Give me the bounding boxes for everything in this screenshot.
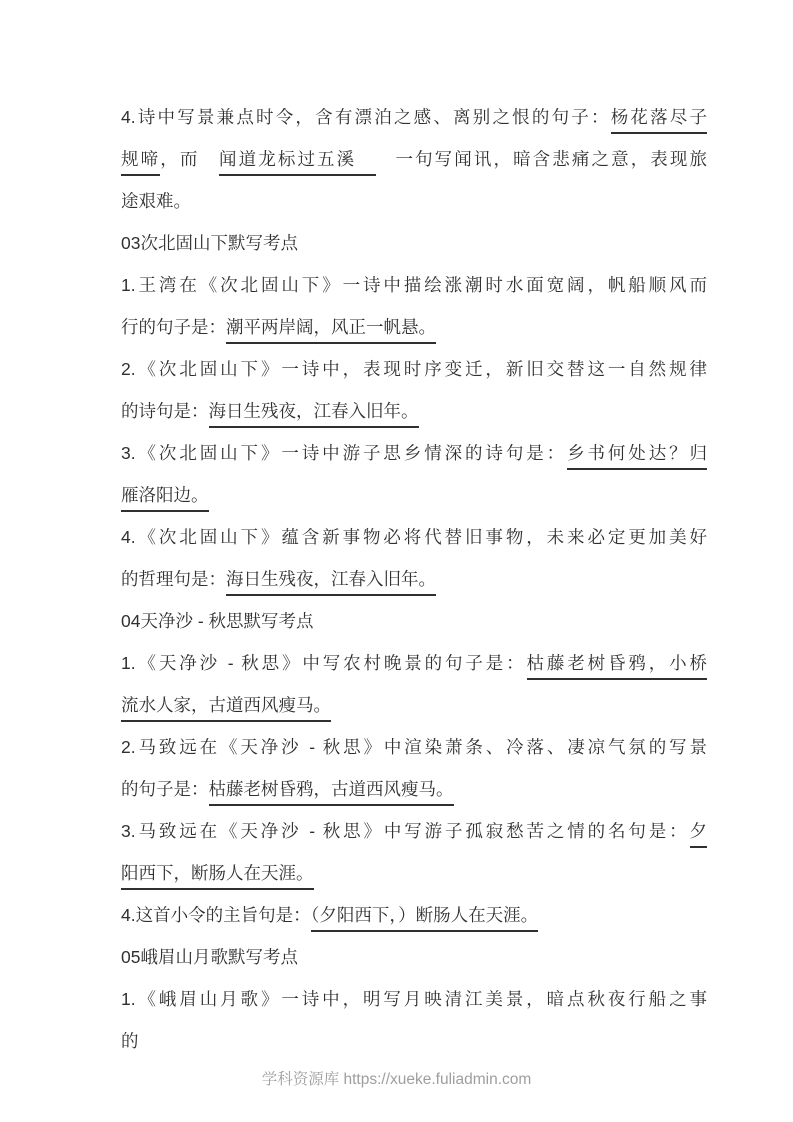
doc-line: 4.这首小令的主旨句是：（夕阳西下，）断肠人在天涯。 xyxy=(121,894,707,936)
page-footer: 学科资源库 https://xueke.fuliadmin.com xyxy=(0,1068,793,1092)
blank-answer: 闻道龙标过五溪 xyxy=(219,149,376,176)
text-segment: 1.《峨眉山月歌》一诗中，明写月映清江美景，暗点秋夜行船之事 xyxy=(121,989,707,1009)
blank-answer: 海日生残夜，江春入旧年。 xyxy=(209,401,419,428)
section-heading: 03次北固山下默写考点 xyxy=(121,222,707,264)
doc-line: 的诗句是：海日生残夜，江春入旧年。 xyxy=(121,390,707,432)
blank-answer: 枯藤老树昏鸦，小桥 xyxy=(527,653,708,680)
text-segment: 的哲理句是： xyxy=(121,569,226,589)
doc-line: 流水人家，古道西风瘦马。 xyxy=(121,684,707,726)
blank-answer: 夕 xyxy=(690,821,708,848)
text-segment: 的句子是： xyxy=(121,779,209,799)
blank-answer: （夕阳西下，）断肠人在天涯。 xyxy=(311,905,539,932)
doc-line: 2.马致远在《天净沙 - 秋思》中渲染萧条、冷落、凄凉气氛的写景 xyxy=(121,726,707,768)
blank-answer: 乡书何处达？归 xyxy=(567,443,707,470)
text-segment: 行的句子是： xyxy=(121,317,226,337)
section-heading: 04天净沙 - 秋思默写考点 xyxy=(121,600,707,642)
text-segment: 2.《次北固山下》一诗中，表现时序变迁，新旧交替这一自然规律 xyxy=(121,359,707,379)
blank-answer: 阳西下，断肠人在天涯。 xyxy=(121,863,314,890)
blank-answer: 雁洛阳边。 xyxy=(121,485,209,512)
doc-line: 3.《次北固山下》一诗中游子思乡情深的诗句是：乡书何处达？归 xyxy=(121,432,707,474)
text-segment: ，而 xyxy=(160,149,219,169)
doc-line: 阳西下，断肠人在天涯。 xyxy=(121,852,707,894)
doc-line: 3.马致远在《天净沙 - 秋思》中写游子孤寂愁苦之情的名句是：夕 xyxy=(121,810,707,852)
blank-answer: 杨花落尽子 xyxy=(611,107,707,134)
text-segment: 的 xyxy=(121,1031,139,1051)
doc-line: 1.《天净沙 - 秋思》中写农村晚景的句子是：枯藤老树昏鸦，小桥 xyxy=(121,642,707,684)
text-segment: 4.《次北固山下》蕴含新事物必将代替旧事物，未来必定更加美好 xyxy=(121,527,707,547)
blank-answer: 枯藤老树昏鸦，古道西风瘦马。 xyxy=(209,779,454,806)
text-segment: 3.马致远在《天净沙 - 秋思》中写游子孤寂愁苦之情的名句是： xyxy=(121,821,690,841)
blank-answer: 海日生残夜，江春入旧年。 xyxy=(226,569,436,596)
footer-watermark: 学科资源库 https://xueke.fuliadmin.com xyxy=(262,1071,532,1088)
doc-line: 1.王湾在《次北固山下》一诗中描绘涨潮时水面宽阔，帆船顺风而 xyxy=(121,264,707,306)
doc-line: 1.《峨眉山月歌》一诗中，明写月映清江美景，暗点秋夜行船之事 xyxy=(121,978,707,1020)
blank-answer: 流水人家，古道西风瘦马。 xyxy=(121,695,331,722)
text-segment: 1.《天净沙 - 秋思》中写农村晚景的句子是： xyxy=(121,653,527,673)
text-segment: 2.马致远在《天净沙 - 秋思》中渲染萧条、冷落、凄凉气氛的写景 xyxy=(121,737,707,757)
text-segment: 3.《次北固山下》一诗中游子思乡情深的诗句是： xyxy=(121,443,567,463)
text-segment: 途艰难。 xyxy=(121,191,191,211)
doc-line: 的句子是：枯藤老树昏鸦，古道西风瘦马。 xyxy=(121,768,707,810)
blank-answer: 潮平两岸阔，风正一帆悬。 xyxy=(226,317,436,344)
doc-line: 的哲理句是：海日生残夜，江春入旧年。 xyxy=(121,558,707,600)
blank-answer: 规啼 xyxy=(121,149,160,176)
text-segment: 4.这首小令的主旨句是： xyxy=(121,905,311,925)
doc-line: 规啼，而 闻道龙标过五溪 一句写闻讯，暗含悲痛之意，表现旅 xyxy=(121,138,707,180)
doc-line: 行的句子是：潮平两岸阔，风正一帆悬。 xyxy=(121,306,707,348)
document-page: 4.诗中写景兼点时令，含有漂泊之感、离别之恨的句子：杨花落尽子规啼，而 闻道龙标… xyxy=(0,0,793,1122)
text-segment: 4.诗中写景兼点时令，含有漂泊之感、离别之恨的句子： xyxy=(121,107,611,127)
doc-line: 的 xyxy=(121,1020,707,1062)
doc-line: 4.《次北固山下》蕴含新事物必将代替旧事物，未来必定更加美好 xyxy=(121,516,707,558)
text-segment: 04天净沙 - 秋思默写考点 xyxy=(121,611,314,631)
section-heading: 05峨眉山月歌默写考点 xyxy=(121,936,707,978)
text-segment: 05峨眉山月歌默写考点 xyxy=(121,947,298,967)
doc-line: 雁洛阳边。 xyxy=(121,474,707,516)
text-segment: 1.王湾在《次北固山下》一诗中描绘涨潮时水面宽阔，帆船顺风而 xyxy=(121,275,707,295)
text-segment: 一句写闻讯，暗含悲痛之意，表现旅 xyxy=(376,149,707,169)
text-segment: 03次北固山下默写考点 xyxy=(121,233,298,253)
doc-line: 2.《次北固山下》一诗中，表现时序变迁，新旧交替这一自然规律 xyxy=(121,348,707,390)
text-segment: 的诗句是： xyxy=(121,401,209,421)
document-body: 4.诗中写景兼点时令，含有漂泊之感、离别之恨的句子：杨花落尽子规啼，而 闻道龙标… xyxy=(121,96,707,1062)
doc-line: 4.诗中写景兼点时令，含有漂泊之感、离别之恨的句子：杨花落尽子 xyxy=(121,96,707,138)
doc-line: 途艰难。 xyxy=(121,180,707,222)
